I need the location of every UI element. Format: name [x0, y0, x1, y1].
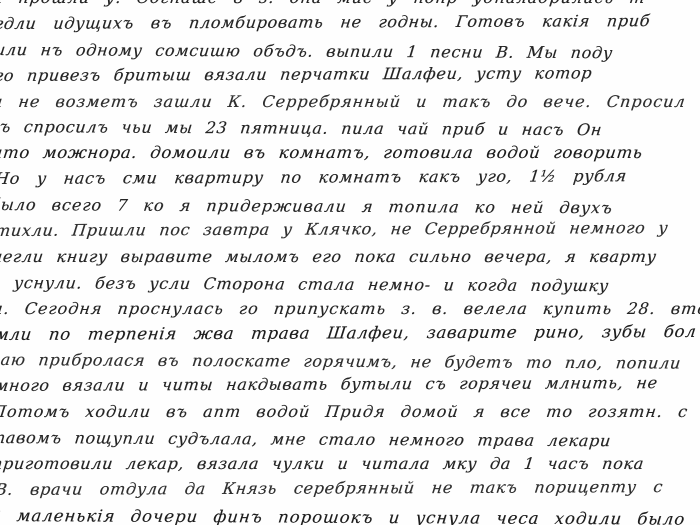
manuscript-scan: и прошли у. Согнаше в з. она мис у попр …	[0, 0, 700, 525]
handwriting-line: В. врачи отдула да Князь серебрянный не …	[0, 474, 700, 503]
handwriting-line: я. Сегодня проснулась го припускать з. в…	[0, 296, 700, 322]
handwriting-line: мли по терпенія жва трава Шалфеи, завари…	[0, 318, 700, 347]
handwriting-line: приготовили лекар, вязала чулки и читала…	[0, 451, 700, 477]
handwriting-line: го привезъ бритыш вязали перчатки Шалфеи…	[0, 59, 700, 88]
handwriting-line: Потомъ ходили въ апт водой Придя домой я…	[0, 399, 700, 425]
handwriting-line: Но у насъ сми квартиру по комнатъ какъ у…	[0, 163, 700, 192]
manuscript-page: и прошли у. Согнаше в з. она мис у попр …	[0, 0, 700, 525]
handwriting-line: что можнора. домоили въ комнатъ, готовил…	[0, 140, 700, 166]
handwriting-line: много вязали и читы накдывать бутыли съ …	[0, 370, 700, 399]
handwriting-line: 2 маленькія дочери финъ порошокъ и уснул…	[0, 503, 700, 525]
handwriting-line: тихли. Пришли пос завтра у Клячко, не Се…	[0, 215, 700, 244]
handwriting-line: и не возметъ зашли К. Серребрянный и так…	[0, 89, 700, 115]
handwriting-line: легли книгу выравите мыломъ его пока сил…	[0, 244, 700, 270]
handwriting-line: гдли идущихъ въ пломбировать не годны. Г…	[0, 8, 700, 37]
